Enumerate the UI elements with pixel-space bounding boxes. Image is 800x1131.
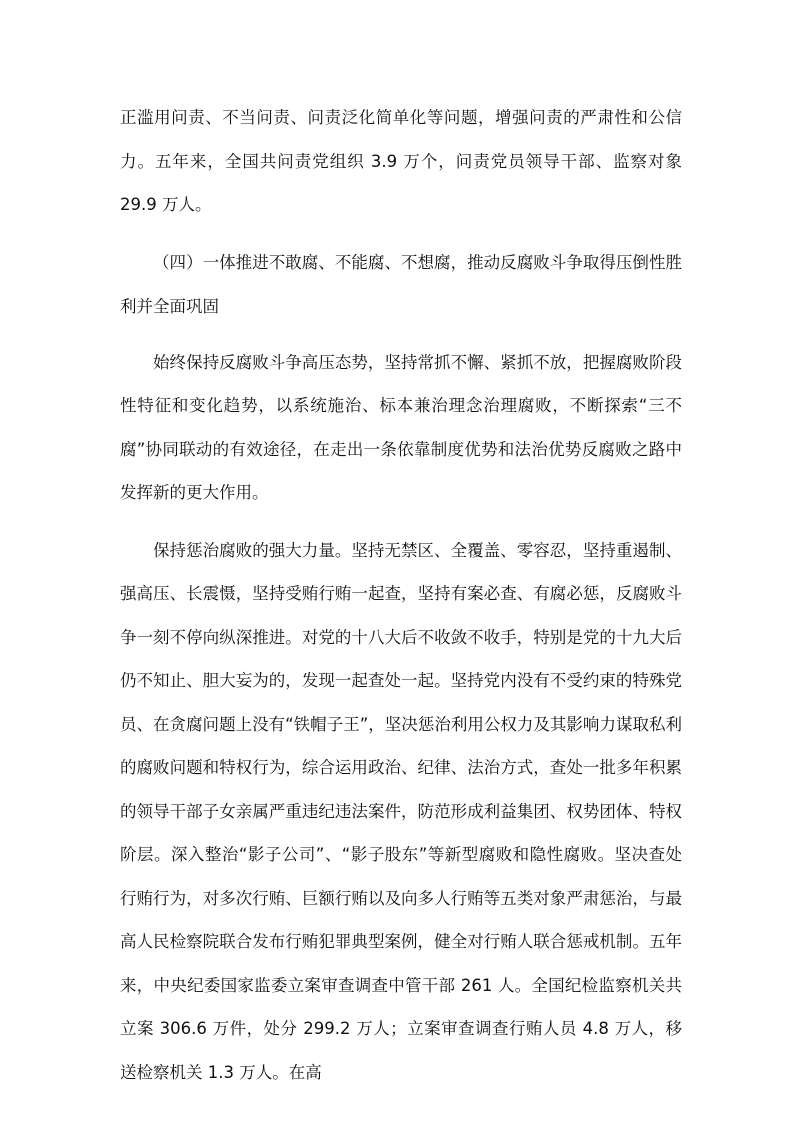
- paragraph-accountability-stats: 正滥用问责、不当问责、问责泛化简单化等问题，增强问责的严肃性和公信力。五年来，全…: [120, 96, 682, 227]
- document-page: 正滥用问责、不当问责、问责泛化简单化等问题，增强问责的严肃性和公信力。五年来，全…: [120, 96, 682, 1108]
- paragraph-punishment-strength: 保持惩治腐败的强大力量。坚持无禁区、全覆盖、零容忍，坚持重遏制、强高压、长震慑，…: [120, 529, 682, 1095]
- paragraph-anti-corruption-posture: 始终保持反腐败斗争高压态势，坚持常抓不懈、紧抓不放，把握腐败阶段性特征和变化趋势…: [120, 341, 682, 515]
- section-heading-four: （四）一体推进不敢腐、不能腐、不想腐，推动反腐败斗争取得压倒性胜利并全面巩固: [120, 241, 682, 329]
